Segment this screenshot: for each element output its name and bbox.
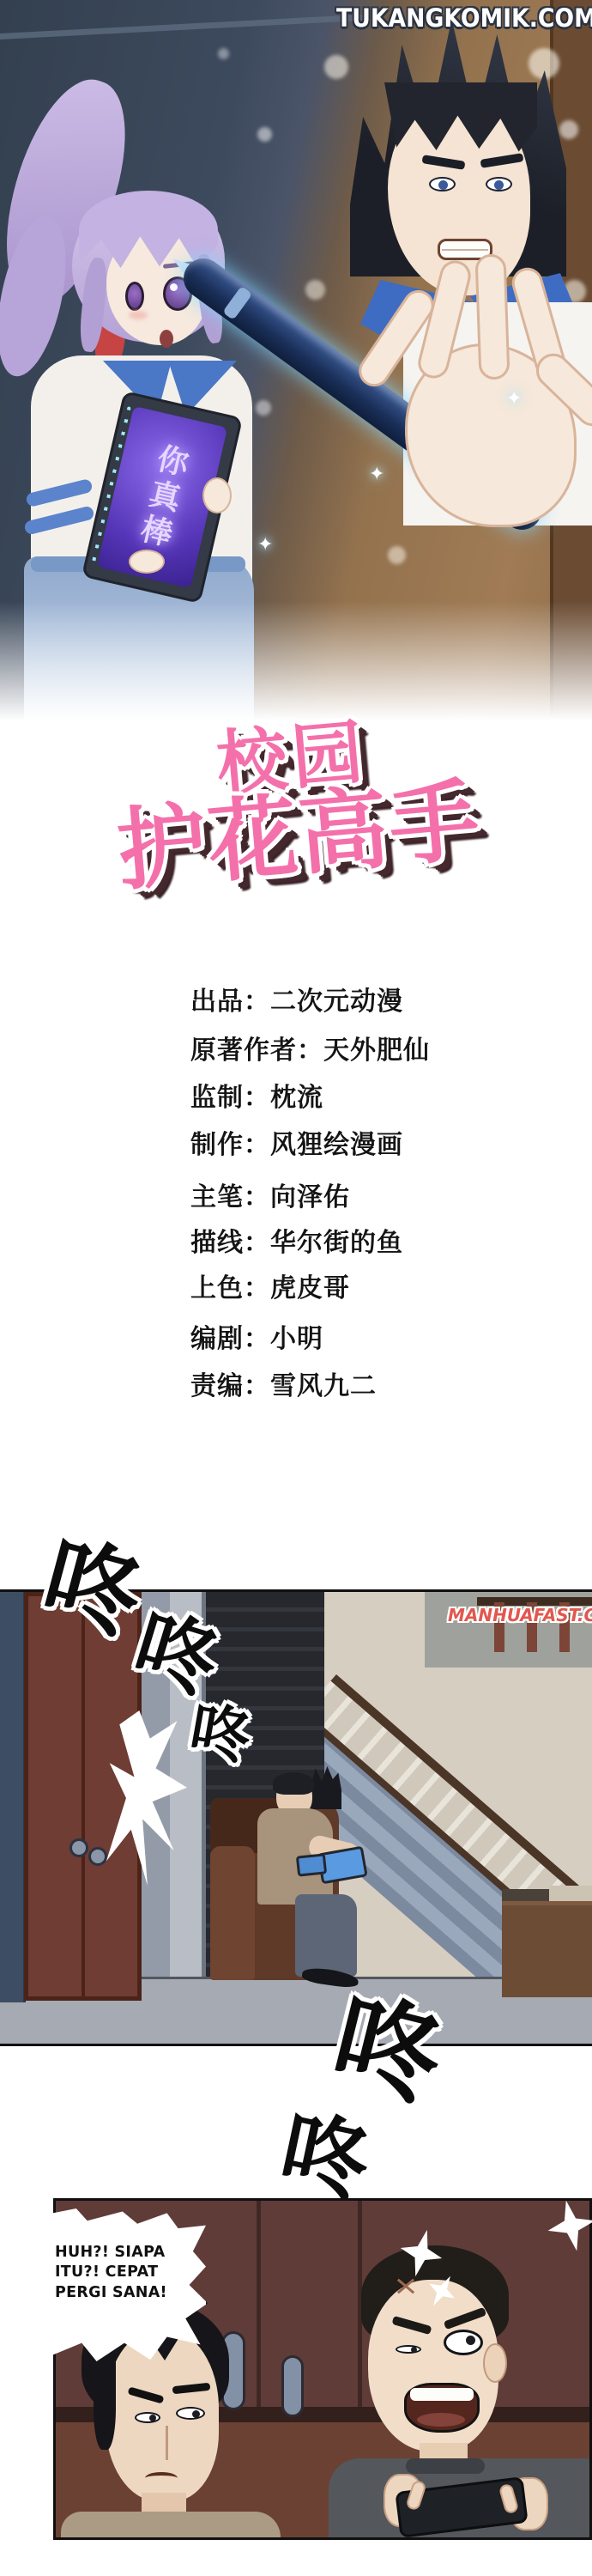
annoyed-man-frown xyxy=(145,2472,178,2484)
bokeh-light xyxy=(305,280,325,300)
sparkle-icon: ✦ xyxy=(257,534,273,556)
credit-line: 主笔：向泽佑 xyxy=(190,1176,350,1213)
sitting-man-hair xyxy=(273,1772,314,1795)
girl-mouth xyxy=(160,330,173,348)
credit-line: 编剧：小明 xyxy=(190,1317,323,1355)
credit-line: 出品：二次元动漫 xyxy=(190,980,403,1018)
manga-page: 你真棒 ✦ ✦ ✦ TUKANGKOMIK.COM 校园 护花高手 出品：二次元… xyxy=(0,0,592,2576)
girl-eye xyxy=(125,282,144,311)
watermark-text: MANHUAFAST.COM xyxy=(448,1605,592,1625)
bokeh-light xyxy=(388,546,406,564)
door-knob xyxy=(69,1838,88,1857)
annoyed-man-eye xyxy=(176,2407,205,2420)
shouting-man-eye xyxy=(444,2330,483,2355)
cover-art: 你真棒 ✦ ✦ ✦ TUKANGKOMIK.COM xyxy=(0,0,592,740)
girl-hand xyxy=(129,550,165,574)
shouting-man-ear xyxy=(483,2343,507,2383)
annoyed-man-shirt xyxy=(61,2512,281,2540)
sfx-knock-text: 咚 xyxy=(274,2106,378,2210)
door-knob xyxy=(88,1847,107,1866)
door-handle xyxy=(281,2355,304,2417)
sparkle-icon: ✦ xyxy=(506,388,522,410)
boy-finger xyxy=(474,253,510,380)
bokeh-light xyxy=(324,55,348,79)
girl-blush xyxy=(129,311,148,319)
credit-line: 制作：风狸绘漫画 xyxy=(190,1123,403,1161)
credit-line: 描线：华尔街的鱼 xyxy=(190,1221,403,1259)
shouting-man-eye xyxy=(396,2345,421,2354)
bokeh-light xyxy=(256,400,271,416)
sofa-armrest xyxy=(210,1846,255,1980)
credit-line: 上色：虎皮哥 xyxy=(190,1267,350,1304)
annoyed-man-eye xyxy=(135,2412,160,2423)
annoyed-man-sideburn xyxy=(94,2347,116,2450)
shouting-man-open-mouth xyxy=(404,2383,480,2433)
teeth xyxy=(410,2388,474,2401)
boy-eye xyxy=(429,177,456,191)
tongue xyxy=(417,2413,465,2427)
girl-hand xyxy=(202,477,232,513)
sitting-man-legs xyxy=(295,1894,357,1977)
ceiling-beam xyxy=(0,14,369,39)
boy-eye xyxy=(486,177,512,191)
credit-line: 责编：雪风九二 xyxy=(190,1364,377,1402)
sfx-knock-text: 咚 xyxy=(185,1698,255,1768)
credit-line: 监制：枕流 xyxy=(190,1076,323,1114)
sparkle-icon: ✦ xyxy=(369,464,384,485)
wooden-cabinet xyxy=(502,1901,592,1997)
door-frame-line xyxy=(257,2201,261,2417)
tshirt-collar xyxy=(406,2458,485,2474)
bokeh-light xyxy=(257,127,272,142)
annoyed-man-nose xyxy=(166,2426,168,2460)
comic-panel-1 xyxy=(0,1589,592,2046)
door-split-line xyxy=(82,1596,85,1996)
site-banner-text: TUKANGKOMIK.COM xyxy=(336,3,573,33)
pen-band xyxy=(222,286,252,320)
cabinet-left xyxy=(0,1592,26,2002)
phone-screen xyxy=(296,1853,327,1876)
tablet-sign-text: 你真棒 xyxy=(129,440,196,555)
bokeh-light xyxy=(218,48,229,59)
credit-line: 原著作者：天外肥仙 xyxy=(190,1029,430,1066)
bokeh-light xyxy=(559,120,578,139)
speech-bubble-text: HUH?! SIAPA ITU?! CEPAT PERGI SANA! xyxy=(55,2243,189,2303)
speech-bubble: HUH?! SIAPA ITU?! CEPAT PERGI SANA! xyxy=(21,2208,206,2361)
